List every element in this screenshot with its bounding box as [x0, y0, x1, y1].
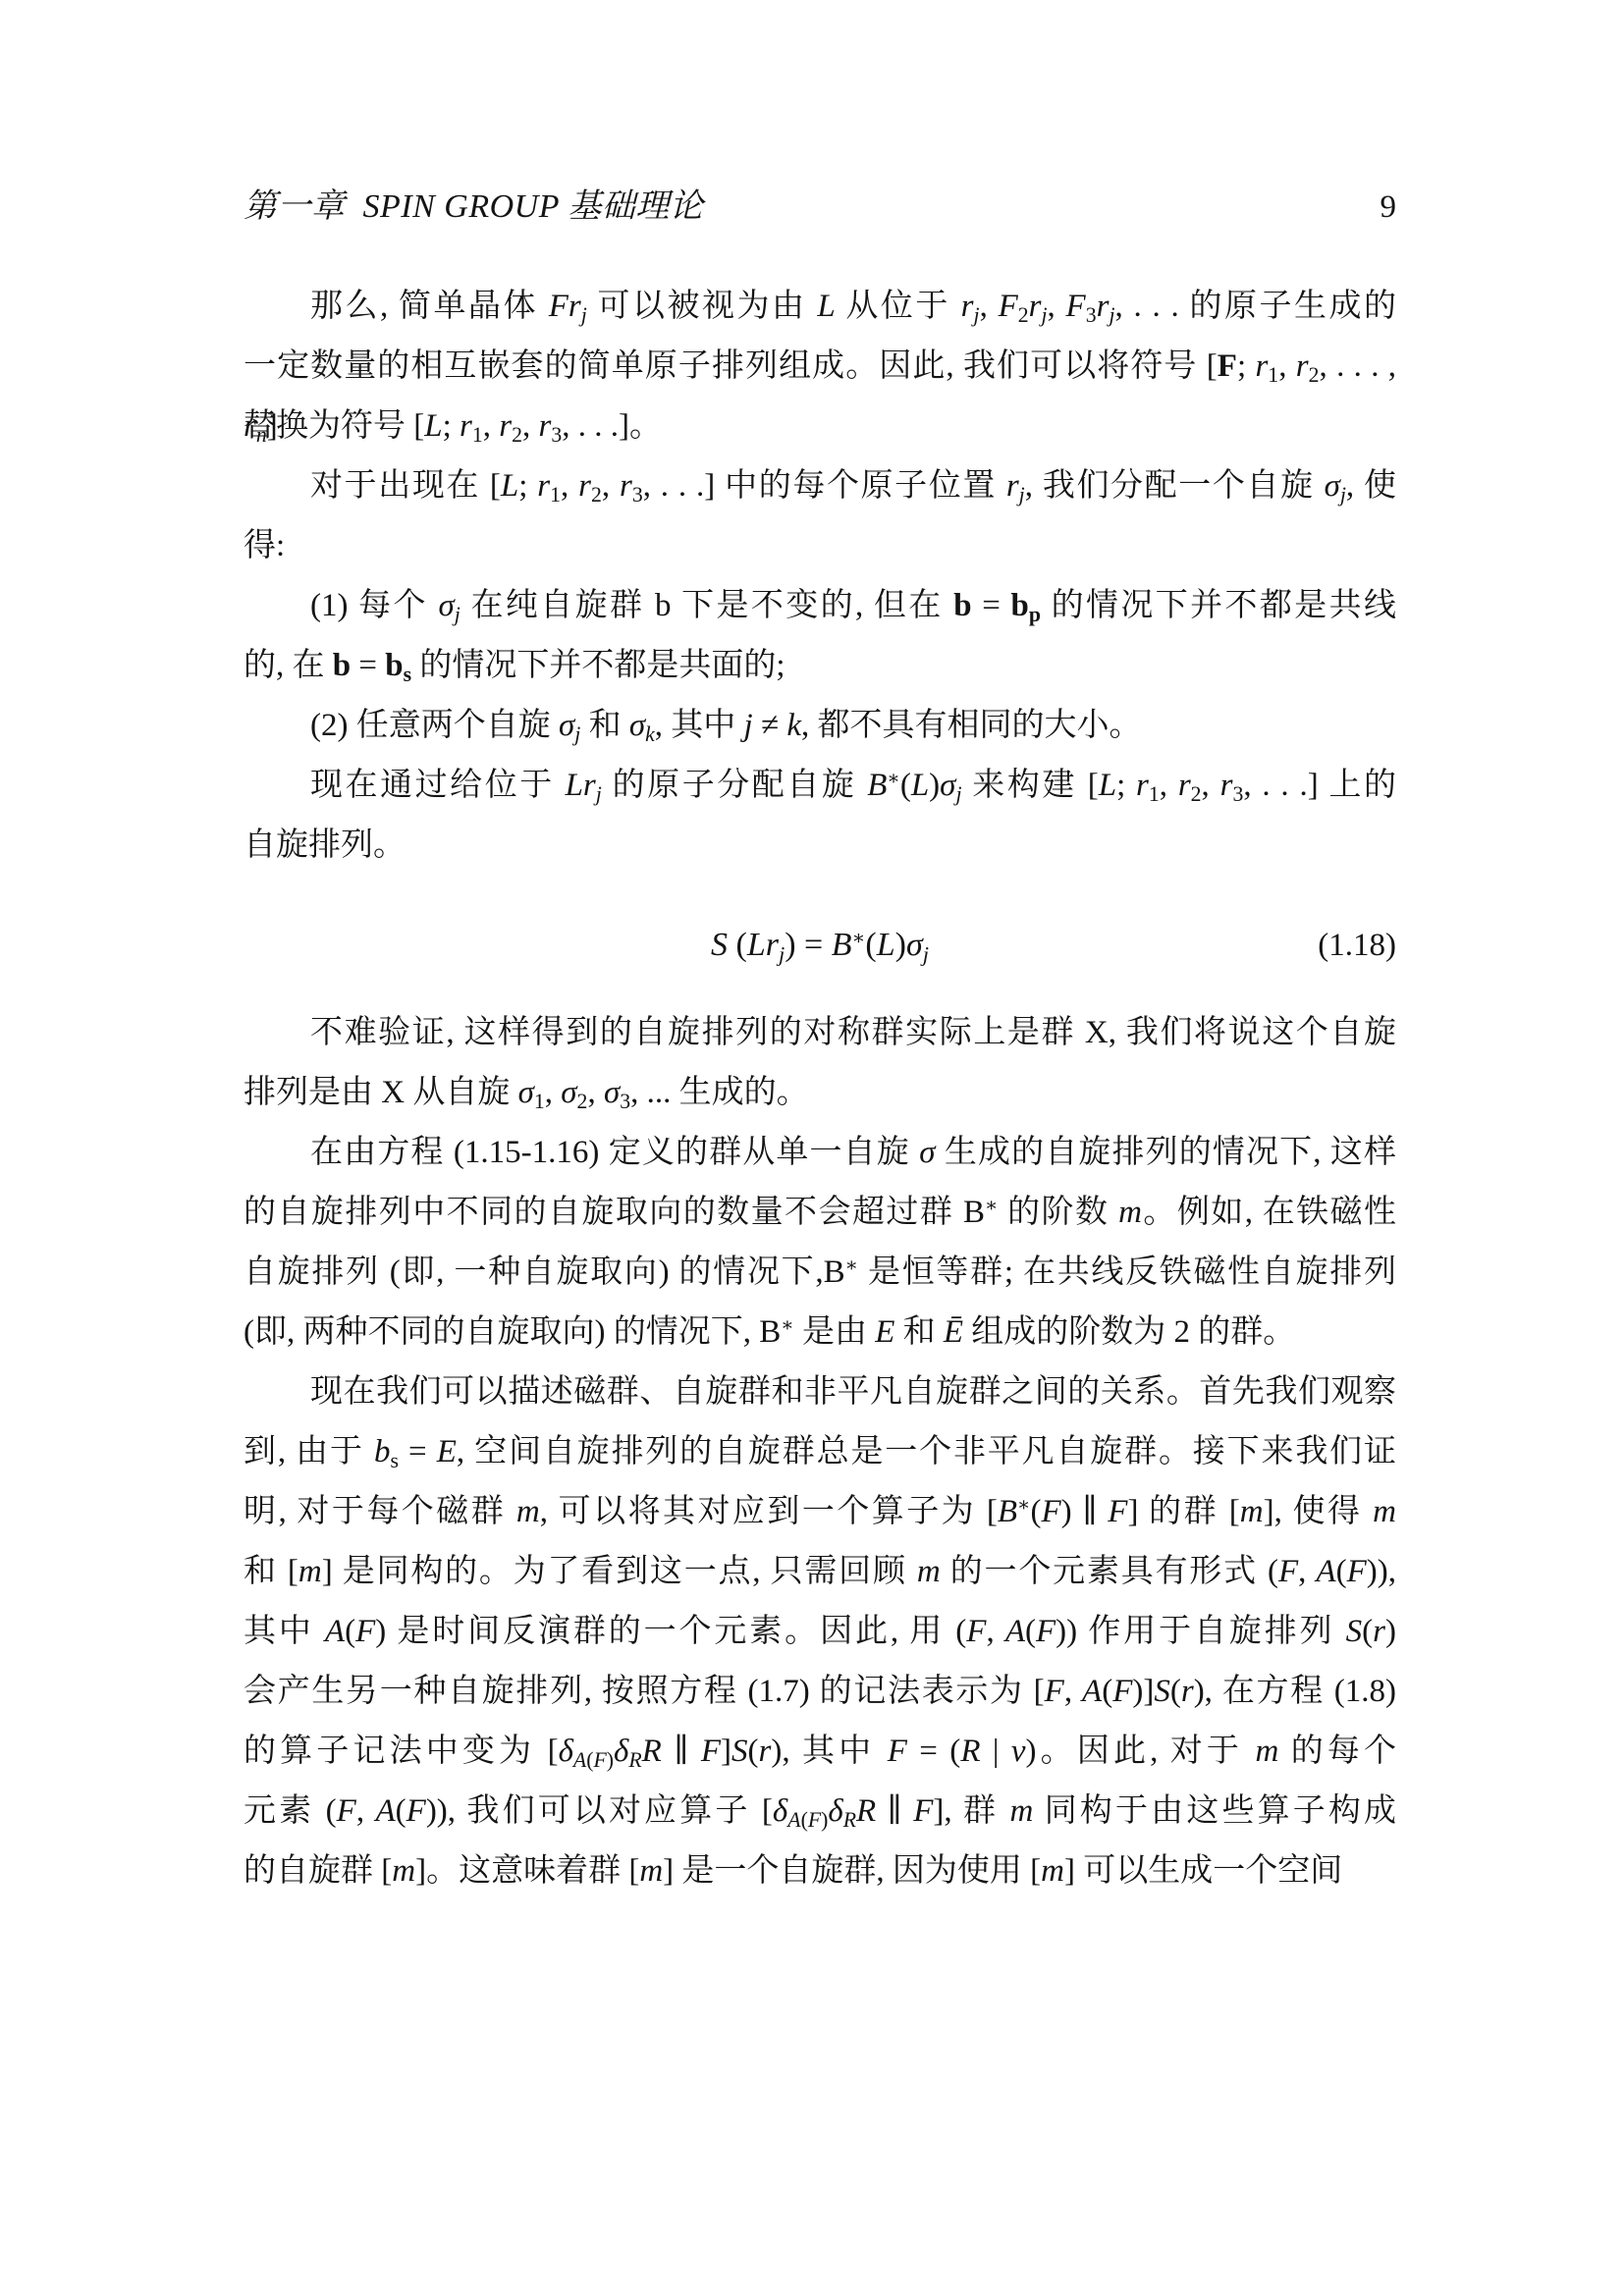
- text-line: 和 [m] 是同构的。为了看到这一点, 只需回顾 m 的一个元素具有形式 (F,…: [244, 1542, 1396, 1602]
- text-line: (1) 每个 σj 在纯自旋群 b 下是不变的, 但在 b = bp 的情况下并…: [244, 576, 1396, 636]
- text-line: 一定数量的相互嵌套的简单原子排列组成。因此, 我们可以将符号 [F; r1, r…: [244, 337, 1396, 397]
- text-line: (2) 任意两个自旋 σj 和 σk, 其中 j ≠ k, 都不具有相同的大小。: [244, 696, 1396, 756]
- page-header: 第一章 SPIN GROUP 基础理论 9: [244, 179, 1396, 226]
- text-line: 元素 (F, A(F)), 我们可以对应算子 [δA(F)δRR ∥ F], 群…: [244, 1782, 1396, 1842]
- text-line: 那么, 简单晶体 Frj 可以被视为由 L 从位于 rj, F2rj, F3rj…: [244, 277, 1396, 337]
- body-text-upper: 那么, 简单晶体 Frj 可以被视为由 L 从位于 rj, F2rj, F3rj…: [244, 277, 1396, 876]
- equation-block: S (Lrj) = B∗(L)σj (1.18): [244, 913, 1396, 978]
- text-line: 得:: [244, 516, 1396, 576]
- text-line: 其中 A(F) 是时间反演群的一个元素。因此, 用 (F, A(F)) 作用于自…: [244, 1602, 1396, 1662]
- text-line: 会产生另一种自旋排列, 按照方程 (1.7) 的记法表示为 [F, A(F)]S…: [244, 1662, 1396, 1722]
- chapter-running-title: 第一章 SPIN GROUP 基础理论: [244, 179, 703, 227]
- equation-formula: S (Lrj) = B∗(L)σj: [244, 913, 1396, 978]
- text-line: 不难验证, 这样得到的自旋排列的对称群实际上是群 X, 我们将说这个自旋: [244, 1003, 1396, 1063]
- document-page: 第一章 SPIN GROUP 基础理论 9 那么, 简单晶体 Frj 可以被视为…: [0, 0, 1624, 2296]
- page-number: 9: [1380, 189, 1397, 226]
- equation-number: (1.18): [1318, 913, 1396, 978]
- text-line: 替换为符号 [L; r1, r2, r3, . . .]。: [244, 397, 1396, 456]
- text-line: 的自旋排列中不同的自旋取向的数量不会超过群 B∗ 的阶数 m。例如, 在铁磁性: [244, 1183, 1396, 1243]
- text-line: 自旋排列 (即, 一种自旋取向) 的情况下,B∗ 是恒等群; 在共线反铁磁性自旋…: [244, 1243, 1396, 1303]
- text-line: 到, 由于 bs = E, 空间自旋排列的自旋群总是一个非平凡自旋群。接下来我们…: [244, 1422, 1396, 1482]
- text-line: 的, 在 b = bs 的情况下并不都是共面的;: [244, 636, 1396, 696]
- text-line: (即, 两种不同的自旋取向) 的情况下, B∗ 是由 E 和 Ē 组成的阶数为 …: [244, 1303, 1396, 1362]
- text-line: 现在通过给位于 Lrj 的原子分配自旋 B∗(L)σj 来构建 [L; r1, …: [244, 756, 1396, 816]
- text-line: 的自旋群 [m]。这意味着群 [m] 是一个自旋群, 因为使用 [m] 可以生成…: [244, 1842, 1396, 1901]
- body-text-lower: 不难验证, 这样得到的自旋排列的对称群实际上是群 X, 我们将说这个自旋排列是由…: [244, 1003, 1396, 1901]
- text-line: 的算子记法中变为 [δA(F)δRR ∥ F]S(r), 其中 F = (R |…: [244, 1722, 1396, 1782]
- text-line: 自旋排列。: [244, 816, 1396, 876]
- text-line: 在由方程 (1.15-1.16) 定义的群从单一自旋 σ 生成的自旋排列的情况下…: [244, 1123, 1396, 1183]
- text-line: 明, 对于每个磁群 m, 可以将其对应到一个算子为 [B∗(F) ∥ F] 的群…: [244, 1482, 1396, 1542]
- text-line: 现在我们可以描述磁群、自旋群和非平凡自旋群之间的关系。首先我们观察: [244, 1362, 1396, 1422]
- text-line: 排列是由 X 从自旋 σ1, σ2, σ3, ... 生成的。: [244, 1063, 1396, 1123]
- text-line: 对于出现在 [L; r1, r2, r3, . . .] 中的每个原子位置 rj…: [244, 456, 1396, 516]
